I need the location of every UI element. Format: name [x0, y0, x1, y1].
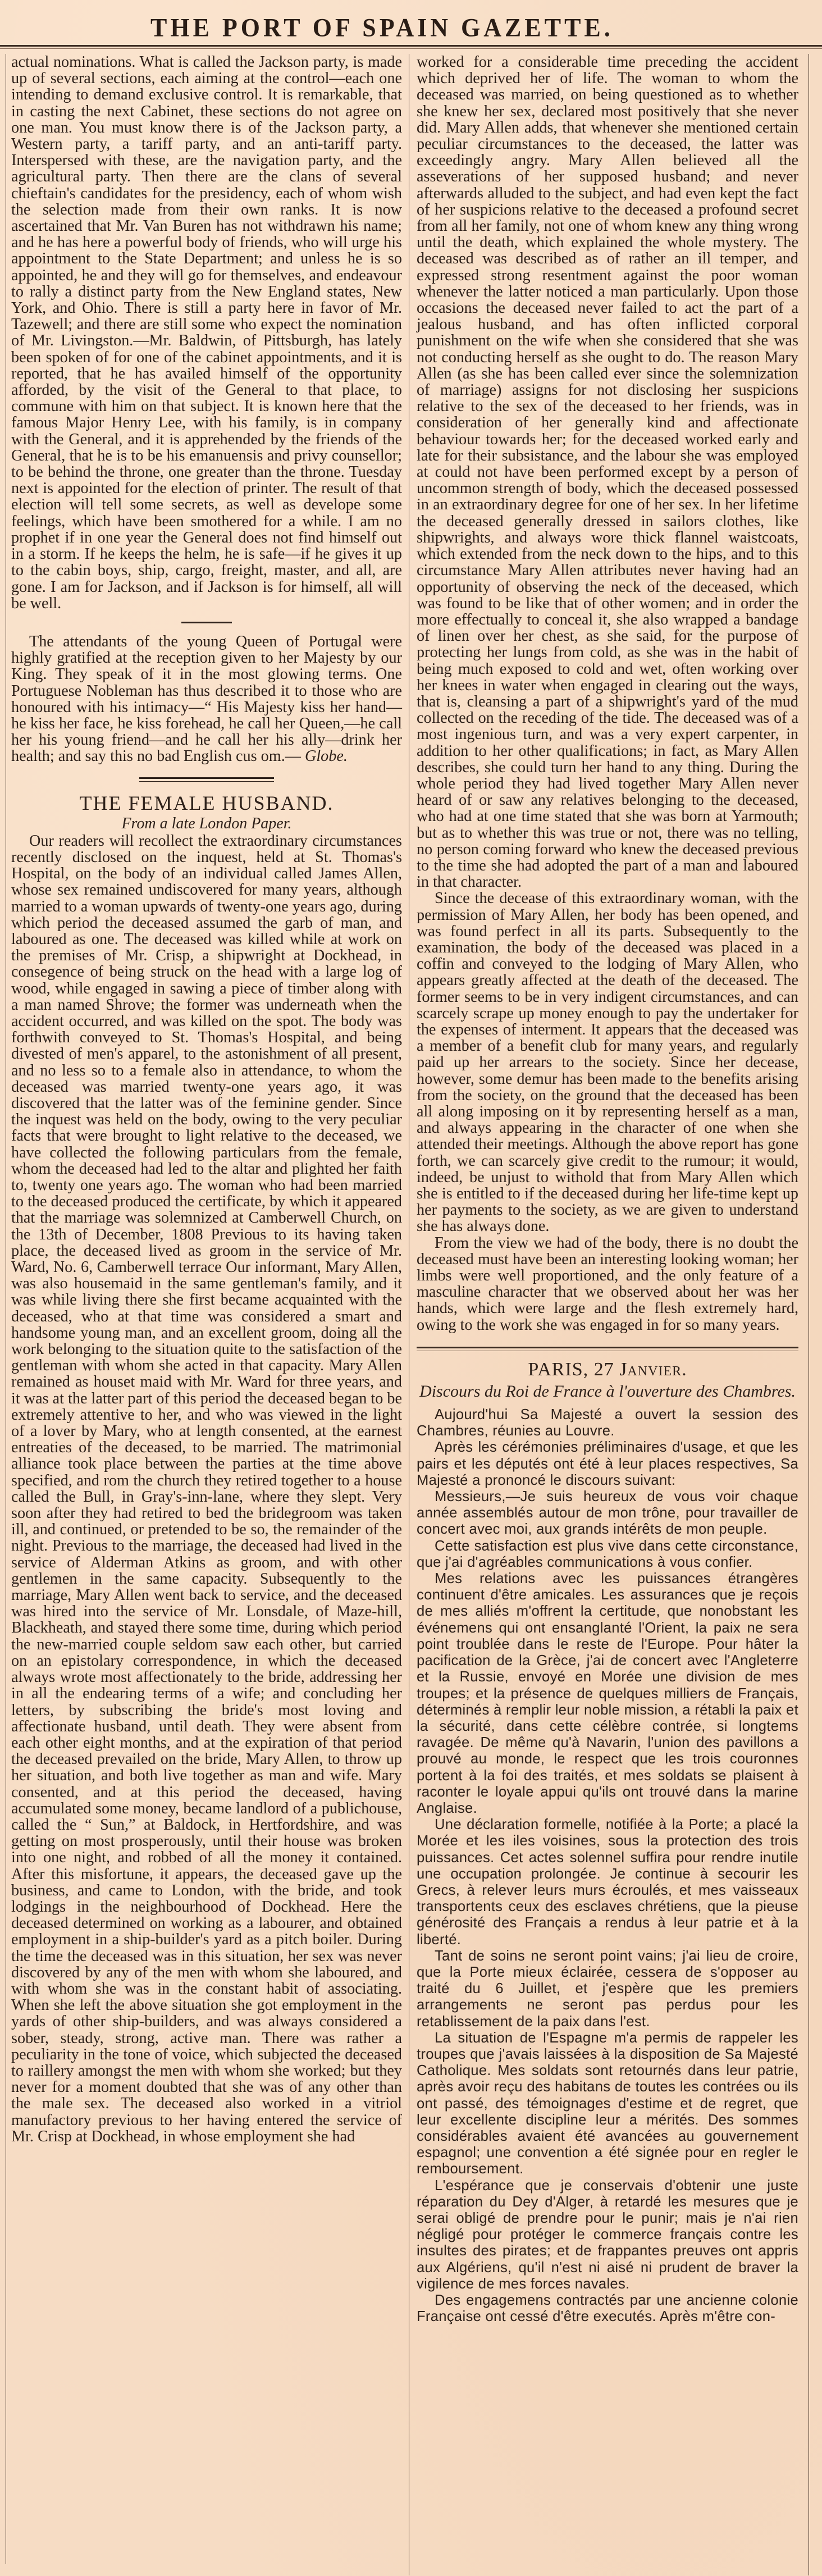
- paris-paragraph: L'espérance que je conservais d'obtenir …: [417, 2178, 798, 2292]
- article-separator-double: [139, 777, 274, 782]
- female-husband-continued-paragraph: From the view we had of the body, there …: [417, 1235, 798, 1333]
- paris-subtitle: Discours du Roi de France à l'ouverture …: [417, 1381, 798, 1402]
- paris-dateline-date: 27 Janvier.: [594, 1359, 687, 1380]
- left-column: actual nominations. What is called the J…: [11, 54, 402, 2145]
- paris-paragraph: Une déclaration formelle, notifiée à la …: [417, 1817, 798, 1948]
- female-husband-paragraph: Our readers will recollect the extraordi…: [11, 833, 402, 2145]
- female-husband-subtitle: From a late London Paper.: [11, 815, 402, 832]
- portugal-article-body: The attendants of the young Queen of Por…: [11, 633, 402, 765]
- portugal-article-text: The attendants of the young Queen of Por…: [11, 633, 402, 765]
- paris-paragraph: Mes relations avec les puissances étrang…: [417, 1571, 798, 1817]
- paris-paragraph: Après les cérémonies préliminaires d'usa…: [417, 1439, 798, 1489]
- paris-paragraph: Cette satisfaction est plus vive dans ce…: [417, 1538, 798, 1571]
- newspaper-title: THE PORT OF SPAIN GAZETTE.: [150, 13, 614, 43]
- column-rule-right: [809, 54, 809, 2575]
- female-husband-continued-paragraph: Since the decease of this extraordinary …: [417, 890, 798, 1234]
- female-husband-continued-paragraph: worked for a considerable time preceding…: [417, 54, 798, 890]
- paris-paragraph: Aujourd'hui Sa Majesté a ouvert la sessi…: [417, 1407, 798, 1439]
- column-rule-middle: [409, 54, 409, 2575]
- paris-dateline-city: PARIS,: [528, 1359, 588, 1380]
- masthead-rule-thin: [0, 48, 822, 49]
- jackson-article-text: actual nominations. What is called the J…: [11, 54, 402, 612]
- paris-article-body: Aujourd'hui Sa Majesté a ouvert la sessi…: [417, 1407, 798, 2325]
- column-rule-left: [6, 54, 6, 2564]
- paris-dateline: PARIS, 27 Janvier.: [417, 1361, 798, 1378]
- female-husband-headline: THE FEMALE HUSBAND.: [11, 792, 402, 814]
- paris-paragraph: Tant de soins ne seront point vains; j'a…: [417, 1948, 798, 2030]
- article-separator-full: [417, 1347, 798, 1351]
- masthead-rule: [0, 45, 822, 47]
- article-separator: [181, 622, 232, 623]
- paris-paragraph: Messieurs,—Je suis heureux de vous voir …: [417, 1489, 798, 1538]
- paris-paragraph: La situation de l'Espagne m'a permis de …: [417, 2030, 798, 2178]
- right-column: worked for a considerable time preceding…: [417, 54, 798, 2325]
- portugal-article-source: Globe.: [305, 747, 348, 765]
- masthead: THE PORT OF SPAIN GAZETTE.: [0, 0, 822, 45]
- paris-paragraph: Des engagemens contractés par une ancien…: [417, 2292, 798, 2325]
